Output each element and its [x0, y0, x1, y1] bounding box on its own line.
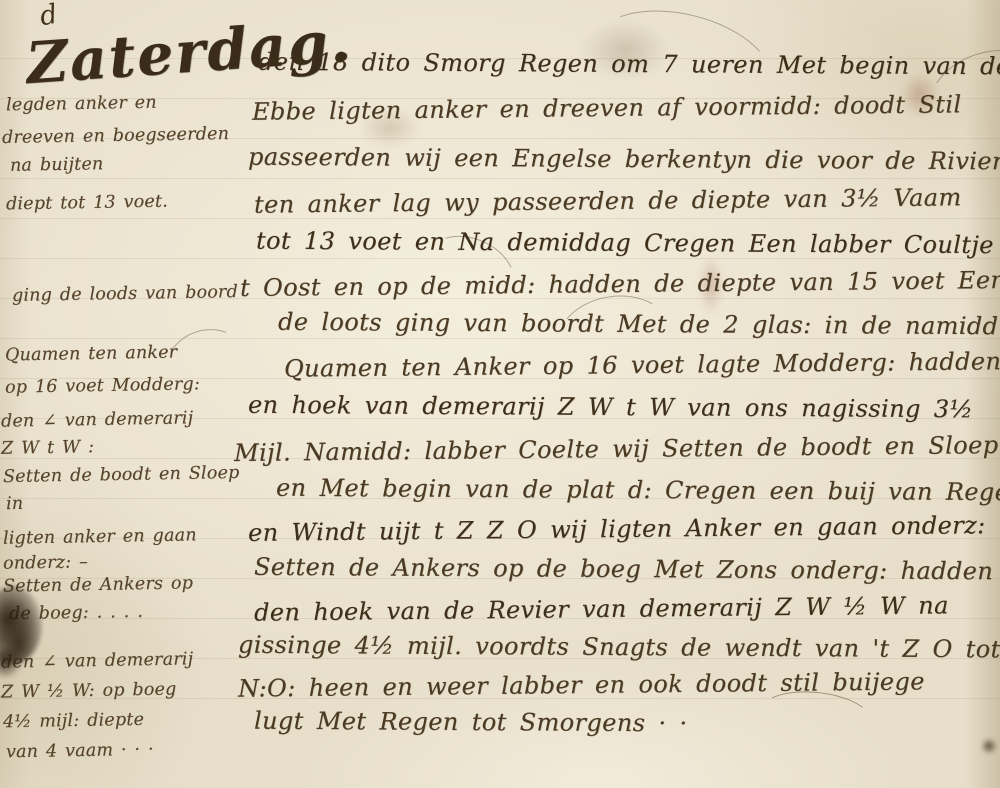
- body-line: en Windt uijt t Z Z O wij ligten Anker e…: [248, 513, 986, 545]
- body-line: t Oost en op de midd: hadden de diepte v…: [240, 268, 1000, 300]
- body-line: ten anker lag wy passeerden de diepte va…: [254, 185, 962, 216]
- body-line: Ebbe ligten anker en dreeven af voormidd…: [252, 92, 962, 123]
- margin-note: Z W ½ W: op boeg: [1, 681, 177, 702]
- ink-blot: [980, 738, 998, 754]
- margin-note: 4½ mijl: diepte: [3, 712, 144, 732]
- margin-note: van 4 vaam · · ·: [6, 742, 154, 762]
- stray-pen-mark: d: [38, 1, 60, 31]
- body-line: Mijl. Namidd: labber Coelte wij Setten d…: [234, 433, 999, 465]
- margin-note: onderz: –: [3, 554, 88, 573]
- margin-note: na buijten: [10, 156, 104, 175]
- margin-note: de boeg: . . . .: [9, 604, 143, 624]
- margin-note: op 16 voet Modderg:: [5, 376, 200, 397]
- body-line: den hoek van de Revier van demerarij Z W…: [254, 593, 949, 624]
- margin-note: ligten anker en gaan: [3, 527, 197, 548]
- margin-note: in: [6, 496, 24, 514]
- body-line: den 18 dito Smorg Regen om 7 ueren Met b…: [258, 50, 1000, 79]
- margin-note: Quamen ten anker: [5, 344, 178, 365]
- manuscript-page: d Zaterdag. den 18 dito Smorg Regen om 7…: [0, 0, 1000, 788]
- body-line: de loots ging van boordt Met de 2 glas: …: [278, 310, 1000, 338]
- margin-note: legden anker en: [6, 95, 157, 115]
- margin-note: diept tot 13 voet.: [6, 194, 168, 214]
- body-line: lugt Met Regen tot Smorgens · ·: [254, 709, 688, 736]
- margin-note: Setten de Ankers op: [3, 575, 193, 596]
- margin-note: ging de loods van boord: [12, 284, 238, 305]
- body-line: Setten de Ankers op de boeg Met Zons ond…: [254, 555, 993, 584]
- body-line: Quamen ten Anker op 16 voet lagte Modder…: [284, 349, 1000, 381]
- margin-note: Z W t W :: [1, 439, 94, 458]
- pen-flourish: [156, 318, 256, 410]
- margin-note: den ∠ van demerarij: [1, 410, 194, 431]
- body-line: en hoek van demerarij Z W t W van ons na…: [248, 393, 973, 421]
- body-line: N:O: heen en weer labber en ook doodt st…: [238, 669, 925, 700]
- margin-note: den ∠ van demerarij: [1, 651, 194, 672]
- body-line: passeerden wij een Engelse berkentyn die…: [248, 145, 1000, 174]
- margin-note: dreeven en boegseerden: [2, 126, 229, 147]
- body-line: gissinge 4½ mijl. voordts Snagts de wend…: [238, 633, 1000, 662]
- margin-note: Setten de boodt en Sloep: [3, 465, 240, 487]
- body-line: en Met begin van de plat d: Cregen een b…: [276, 476, 1000, 505]
- body-line: tot 13 voet en Na demiddag Cregen Een la…: [256, 229, 1000, 258]
